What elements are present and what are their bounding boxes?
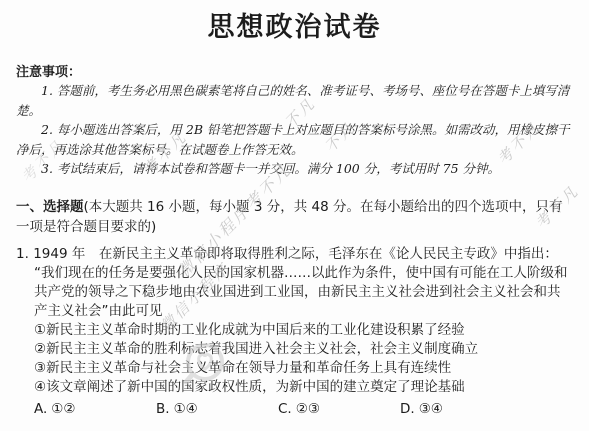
statement-item: ②新民主主义革命的胜利标志着我国进入社会主义社会，社会主义制度确立 [34,340,573,359]
option-label: A. [34,401,47,417]
statement-item: ①新民主主义革命时期的工业化成就为中国后来的工业化建设积累了经验 [34,321,573,340]
notice-item: 2. 每小题选出答案后，用 2B 铅笔把答题卡上对应题目的答案标号涂黑。如需改动… [16,120,573,159]
answer-option-a: A.①② [34,399,156,419]
option-value: ②③ [296,401,320,417]
question-number: 1. [16,246,29,262]
page-title: 思想政治试卷 [16,12,573,44]
option-label: C. [278,401,292,417]
notice-item: 1. 答题前，考生务必用黑色碳素笔将自己的姓名、准考证号、考场号、座位号在答题卡… [16,81,573,120]
question-1: 1. 1949 年 在新民主主义革命即将取得胜利之际，毛泽东在《论人民民主专政》… [16,245,573,321]
section-label: 一、选择题 [16,199,84,215]
answer-option-c: C.②③ [278,399,400,419]
question-stem: 1949 年 在新民主主义革命即将取得胜利之际，毛泽东在《论人民民主专政》中指出… [33,246,567,319]
answer-option-b: B.①④ [156,399,278,419]
statement-list: ①新民主主义革命时期的工业化成就为中国后来的工业化建设积累了经验 ②新民主主义革… [16,321,573,397]
notice-heading: 注意事项： [16,64,573,81]
answer-options-row: A.①② B.①④ C.②③ D.③④ [16,399,573,419]
option-label: D. [400,401,415,417]
statement-item: ④该文章阐述了新中国的国家政权性质，为新中国的建立奠定了理论基础 [34,378,573,397]
section-heading: 一、选择题(本大题共 16 小题，每小题 3 分，共 48 分。在每小题给出的四… [16,197,573,238]
option-value: ①② [51,401,75,417]
notice-item: 3. 考试结束后，请将本试卷和答题卡一并交回。满分 100 分，考试用时 75 … [16,159,573,179]
option-label: B. [156,401,170,417]
statement-item: ③新民主主义革命与社会主义革命在领导力量和革命任务上具有连续性 [34,359,573,378]
option-value: ①④ [174,401,198,417]
exam-paper-page: 不凡 考不凡 不凡 考不凡 微信小程序考不凡 考不凡 微信小程序 考不凡 思想政… [0,0,589,431]
option-value: ③④ [419,401,443,417]
answer-option-d: D.③④ [400,399,443,419]
section-description: (本大题共 16 小题，每小题 3 分，共 48 分。在每小题给出的四个选项中，… [16,199,562,236]
